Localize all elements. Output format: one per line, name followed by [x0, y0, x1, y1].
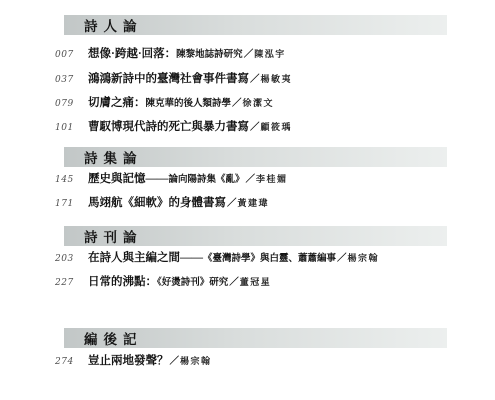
entry-text: 馬翊航《細軟》的身體書寫／黃建瑋: [88, 193, 269, 211]
toc-entry: 274 豈止兩地發聲？／楊宗翰: [55, 351, 459, 369]
page-number: 007: [55, 50, 79, 60]
separator-slash: ／: [336, 254, 348, 264]
author-name: 楊宗翰: [180, 356, 212, 366]
author-name: 徐潔文: [243, 98, 275, 108]
entry-text: 鴻鴻新詩中的臺灣社會事件書寫／楊敏夷: [88, 69, 292, 87]
entry-text: 豈止兩地發聲？／楊宗翰: [88, 351, 212, 369]
separator-slash: ／: [245, 175, 257, 185]
entry-subtitle: 陳克華的後人類詩學: [146, 99, 232, 109]
entry-subtitle: 《好燙詩刊》研究: [157, 278, 228, 288]
section-title: 詩人論: [64, 15, 143, 35]
entry-text: 切膚之痛：陳克華的後人類詩學／徐潔文: [88, 93, 274, 111]
entry-text: 在詩人與主編之間——《臺灣詩學》與白靈、蕭蕭編事／楊宗翰: [88, 248, 379, 266]
scanned-toc-page: 詩人論 007 想像·跨越·回落：陳黎地誌詩研究／陳泓宇 037 鴻鴻新詩中的臺…: [0, 0, 495, 400]
separator-slash: ／: [249, 75, 261, 85]
page-number: 171: [55, 199, 79, 209]
author-name: 李桂媚: [256, 174, 288, 184]
entry-title: 日常的沸點：: [88, 276, 157, 288]
page-number: 203: [55, 254, 79, 264]
page-number: 145: [55, 175, 79, 185]
author-name: 楊敏夷: [261, 74, 293, 84]
separator-slash: ／: [243, 50, 255, 60]
toc-entry: 145 歷史與記憶——論向陽詩集《亂》／李桂媚: [55, 169, 459, 187]
entry-subtitle: 陳黎地誌詩研究: [176, 50, 243, 60]
separator-slash: ／: [226, 199, 238, 209]
entry-text: 想像·跨越·回落：陳黎地誌詩研究／陳泓宇: [88, 44, 286, 62]
separator-slash: ／: [249, 123, 261, 133]
entry-title: 豈止兩地發聲？: [88, 355, 169, 367]
entry-title: 馬翊航《細軟》的身體書寫: [88, 197, 226, 209]
section-header-bar: 詩刊論: [64, 226, 447, 246]
separator-slash: ／: [169, 357, 181, 367]
author-name: 顧筱瑀: [261, 122, 293, 132]
separator-slash: ／: [231, 99, 243, 109]
page-number: 079: [55, 99, 79, 109]
entry-title: 切膚之痛：: [88, 97, 146, 109]
entry-title: 想像·跨越·回落：: [88, 48, 176, 60]
page-number: 037: [55, 75, 79, 85]
separator-slash: ／: [228, 278, 240, 288]
author-name: 陳泓宇: [254, 49, 286, 59]
toc-entry: 101 曹馭博現代詩的死亡與暴力書寫／顧筱瑀: [55, 117, 459, 135]
section-title: 編後記: [64, 328, 143, 348]
section-title: 詩集論: [64, 147, 143, 167]
entry-text: 曹馭博現代詩的死亡與暴力書寫／顧筱瑀: [88, 117, 292, 135]
author-name: 黃建瑋: [238, 198, 270, 208]
entry-title: 在詩人與主編之間——: [88, 252, 203, 264]
page-number: 101: [55, 123, 79, 133]
toc-entry: 079 切膚之痛：陳克華的後人類詩學／徐潔文: [55, 93, 459, 111]
entry-text: 日常的沸點：《好燙詩刊》研究／董冠星: [88, 272, 271, 290]
section-header-bar: 編後記: [64, 328, 447, 348]
page-number: 274: [55, 357, 79, 367]
page-number: 227: [55, 278, 79, 288]
entry-title: 曹馭博現代詩的死亡與暴力書寫: [88, 121, 249, 133]
section-title: 詩刊論: [64, 226, 143, 246]
toc-entry: 203 在詩人與主編之間——《臺灣詩學》與白靈、蕭蕭編事／楊宗翰: [55, 248, 459, 266]
entry-text: 歷史與記憶——論向陽詩集《亂》／李桂媚: [88, 169, 288, 187]
toc-entry: 171 馬翊航《細軟》的身體書寫／黃建瑋: [55, 193, 459, 211]
entry-subtitle: 論向陽詩集《亂》: [169, 175, 245, 185]
author-name: 楊宗翰: [348, 253, 380, 263]
section-header-bar: 詩人論: [64, 15, 447, 35]
entry-subtitle: 《臺灣詩學》與白靈、蕭蕭編事: [203, 254, 336, 264]
toc-entry: 007 想像·跨越·回落：陳黎地誌詩研究／陳泓宇: [55, 44, 459, 62]
entry-title: 歷史與記憶——: [88, 173, 169, 185]
toc-entry: 227 日常的沸點：《好燙詩刊》研究／董冠星: [55, 272, 459, 290]
section-header-bar: 詩集論: [64, 147, 447, 167]
toc-entry: 037 鴻鴻新詩中的臺灣社會事件書寫／楊敏夷: [55, 69, 459, 87]
entry-title: 鴻鴻新詩中的臺灣社會事件書寫: [88, 73, 249, 85]
author-name: 董冠星: [240, 277, 272, 287]
